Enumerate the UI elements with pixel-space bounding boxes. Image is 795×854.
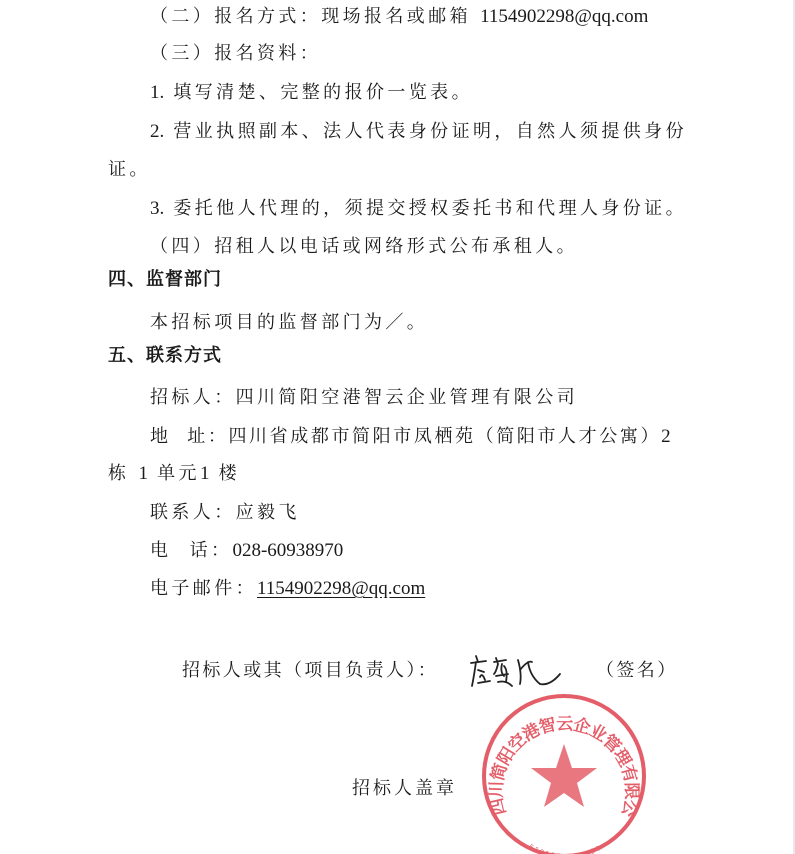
phone-value: 028-60938970 [232, 540, 343, 561]
registration-method-text: （二）报名方式：现场报名或邮箱 [150, 6, 471, 27]
address-continued: 栋 1 单元1 楼 [108, 463, 240, 485]
item-number: 2. [150, 121, 164, 142]
registration-materials-heading: （三）报名资料： [150, 43, 321, 65]
tenderer-value: 四川简阳空港智云企业管理有限公司 [236, 387, 578, 408]
address-number: 1 [139, 463, 149, 484]
tenderer-label: 招标人： [150, 387, 236, 408]
section-4-heading: 四、监督部门 [108, 269, 222, 291]
item-text: 营业执照副本、法人代表身份证明，自然人须提供身份 [173, 121, 687, 142]
registration-email: 1154902298@qq.com [480, 6, 648, 27]
tenderer-line: 招标人：四川简阳空港智云企业管理有限公司 [150, 387, 578, 409]
svg-text:5101850139364: 5101850139364 [527, 843, 603, 854]
item-text: 委托他人代理的，须提交授权委托书和代理人身份证。 [173, 198, 687, 219]
contact-person-line: 联系人：应毅飞 [150, 502, 300, 524]
address-label: 地 址： [150, 426, 228, 447]
company-seal-stamp: 四川简阳空港智云企业管理有限公司 5101850139364 [478, 690, 650, 854]
address-part: 单元 [157, 463, 200, 484]
star-icon [531, 744, 597, 807]
phone-line: 电 话：028-60938970 [150, 540, 343, 562]
material-item-2-continued: 证。 [108, 159, 151, 181]
signature-suffix: （签名） [596, 660, 678, 682]
email-link[interactable]: 1154902298@qq.com [257, 578, 425, 599]
registration-method-line: （二）报名方式：现场报名或邮箱 1154902298@qq.com [150, 6, 648, 28]
address-number: 1 [200, 463, 210, 484]
address-part: 栋 [108, 463, 129, 484]
contact-label: 联系人： [150, 502, 236, 523]
email-label: 电子邮件： [150, 578, 257, 599]
material-item-3: 3. 委托他人代理的，须提交授权委托书和代理人身份证。 [150, 198, 687, 220]
address-number: 2 [661, 426, 671, 447]
material-item-1: 1. 填写清楚、完整的报价一览表。 [150, 82, 473, 104]
contact-value: 应毅飞 [236, 502, 300, 523]
address-part: 楼 [219, 463, 240, 484]
item-text: 填写清楚、完整的报价一览表。 [173, 82, 473, 103]
item-number: 1. [150, 82, 164, 103]
announcement-line: （四）招租人以电话或网络形式公布承租人。 [150, 236, 578, 258]
address-value: 四川省成都市简阳市凤栖苑（简阳市人才公寓） [228, 426, 661, 447]
seal-label: 招标人盖章 [352, 778, 457, 800]
address-line: 地 址：四川省成都市简阳市凤栖苑（简阳市人才公寓）2 [150, 426, 671, 448]
phone-label: 电 话： [150, 540, 232, 561]
section-5-heading: 五、联系方式 [108, 345, 222, 367]
section-4-body: 本招标项目的监督部门为／。 [150, 312, 428, 334]
svg-text:四川简阳空港智云企业管理有限公司: 四川简阳空港智云企业管理有限公司 [478, 690, 642, 819]
material-item-2: 2. 营业执照副本、法人代表身份证明，自然人须提供身份 [150, 121, 687, 143]
signature-label: 招标人或其（项目负责人）： [182, 660, 438, 682]
item-number: 3. [150, 198, 164, 219]
handwritten-signature [468, 650, 568, 690]
email-line: 电子邮件：1154902298@qq.com [150, 578, 425, 600]
